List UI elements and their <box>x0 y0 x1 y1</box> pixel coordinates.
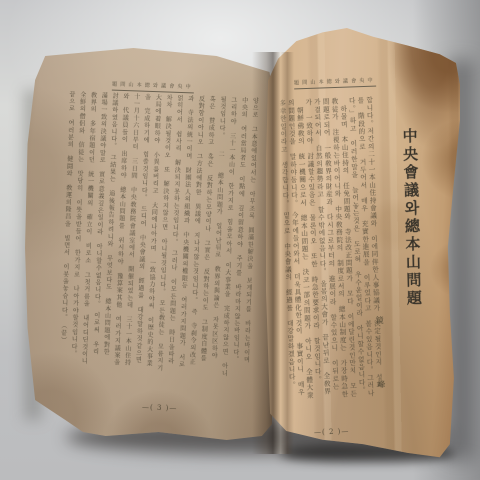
left-running-head: 題問山本總와議會央中 <box>112 81 194 93</box>
right-page-number: —( 2 )— <box>314 427 350 436</box>
article-author: 鏡峰 <box>374 316 389 466</box>
right-page: 題問山本總와議會央中 합니다。저간의二十一本山住持會議와 이에同伴한人事協議가 … <box>262 28 464 466</box>
left-page-body-text: 양으로 그本意에있어서는 아무조록 圓滿한解決을 보게되기를 바라는바이며 中央… <box>50 91 259 420</box>
article-title: 中央會議와總本山問題 <box>399 128 425 326</box>
right-running-head: 題問山本總와議會央中 <box>294 77 376 89</box>
book-photo-scene: 題問山本總와議會央中 양으로 그本意에있어서는 아무조록 圓滿한解決을 보게되기… <box>0 0 480 480</box>
left-page-number: —( 3 )— <box>142 403 178 412</box>
left-page: 題問山本總와議會央中 양으로 그本意에있어서는 아무조록 圓滿한解決을 보게되기… <box>20 48 272 448</box>
right-page-body-text: 합니다。저간의二十一本山住持會議와 이에同伴한人事協議가 決定될것인지 성과 를… <box>276 96 385 443</box>
